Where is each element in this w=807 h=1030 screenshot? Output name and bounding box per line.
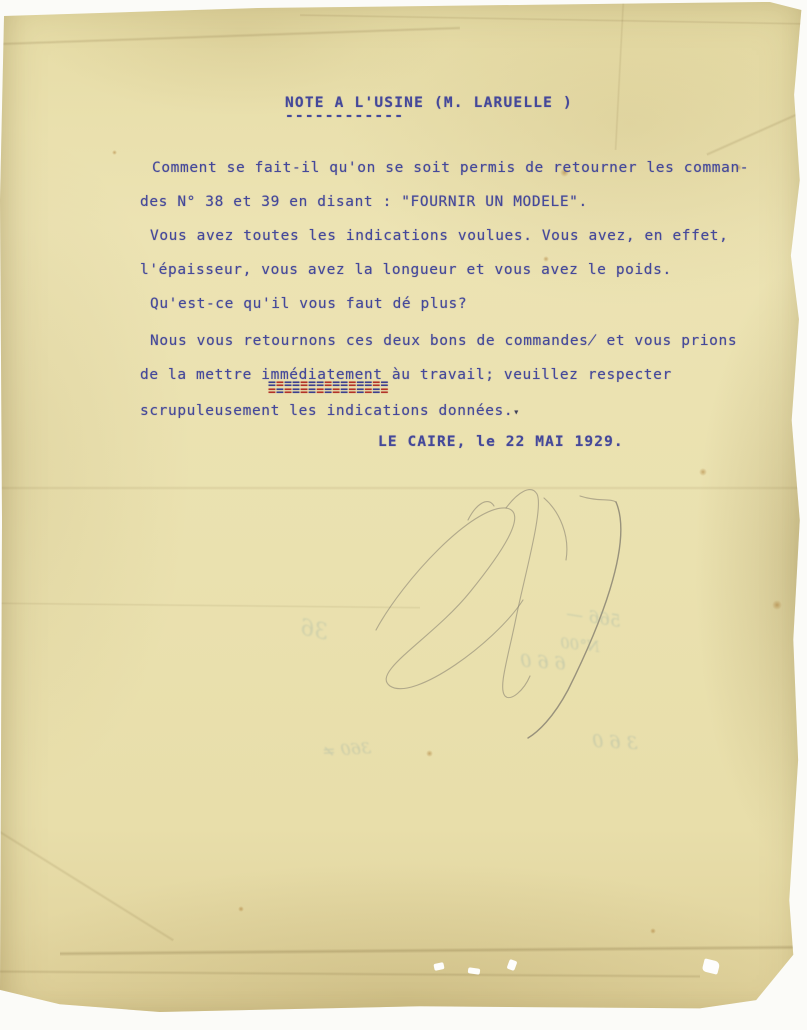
emphasis-underline: ============================== bbox=[268, 381, 388, 395]
paper-crease bbox=[300, 14, 807, 26]
body-line-text: scrupuleusement les indications données. bbox=[140, 403, 513, 419]
paper-crease bbox=[0, 822, 174, 942]
ghost-mark: 360 ≠ bbox=[321, 738, 371, 760]
pencil-signature bbox=[348, 460, 658, 740]
paper-crease bbox=[0, 26, 460, 46]
paper-crease bbox=[0, 602, 420, 609]
body-line: l'épaisseur, vous avez la longueur et vo… bbox=[140, 260, 672, 280]
paper-tear-chip bbox=[433, 962, 444, 971]
body-line: Nous vous retournons ces deux bons de co… bbox=[150, 331, 737, 351]
body-line: scrupuleusement les indications données.… bbox=[140, 401, 519, 423]
pencil-tick-mark: ▾ bbox=[513, 407, 519, 418]
ghost-mark: 36 bbox=[298, 615, 331, 645]
paper-crease bbox=[706, 88, 807, 157]
paper-tear-chip bbox=[702, 958, 721, 974]
paper-crease bbox=[60, 945, 800, 956]
paper-tear-chip bbox=[468, 967, 481, 975]
ghost-mark: 3 6 0 bbox=[591, 731, 638, 754]
ghost-mark: N°00 bbox=[559, 634, 600, 656]
body-line: de la mettre immédiatement àu travail; v… bbox=[140, 365, 672, 385]
paper-crease bbox=[0, 486, 807, 490]
ghost-mark: 6 6 0 bbox=[519, 650, 566, 674]
paper-crease bbox=[614, 0, 625, 150]
scanned-letter-page: NOTE A L'USINE (M. LARUELLE ) ----------… bbox=[0, 0, 807, 1030]
foxing-spot bbox=[772, 600, 782, 610]
foxing-spot bbox=[426, 750, 433, 757]
ghost-mark: 566 — bbox=[565, 604, 622, 632]
body-line: Qu'est-ce qu'il vous faut dé plus? bbox=[150, 294, 467, 314]
foxing-spot bbox=[112, 150, 117, 155]
foxing-spot bbox=[650, 928, 656, 934]
paper-sheet: NOTE A L'USINE (M. LARUELLE ) ----------… bbox=[0, 0, 807, 1030]
foxing-spot bbox=[699, 468, 707, 476]
body-line: Vous avez toutes les indications voulues… bbox=[150, 226, 728, 246]
body-line: des N° 38 et 39 en disant : "FOURNIR UN … bbox=[140, 192, 588, 212]
paper-tear-chip bbox=[507, 959, 518, 971]
title-underline: ------------ bbox=[285, 106, 404, 126]
body-line: Comment se fait-il qu'on se soit permis … bbox=[152, 158, 749, 178]
foxing-spot bbox=[238, 906, 244, 912]
paper-crease bbox=[0, 970, 700, 979]
dateline: LE CAIRE, le 22 MAI 1929. bbox=[378, 432, 624, 452]
